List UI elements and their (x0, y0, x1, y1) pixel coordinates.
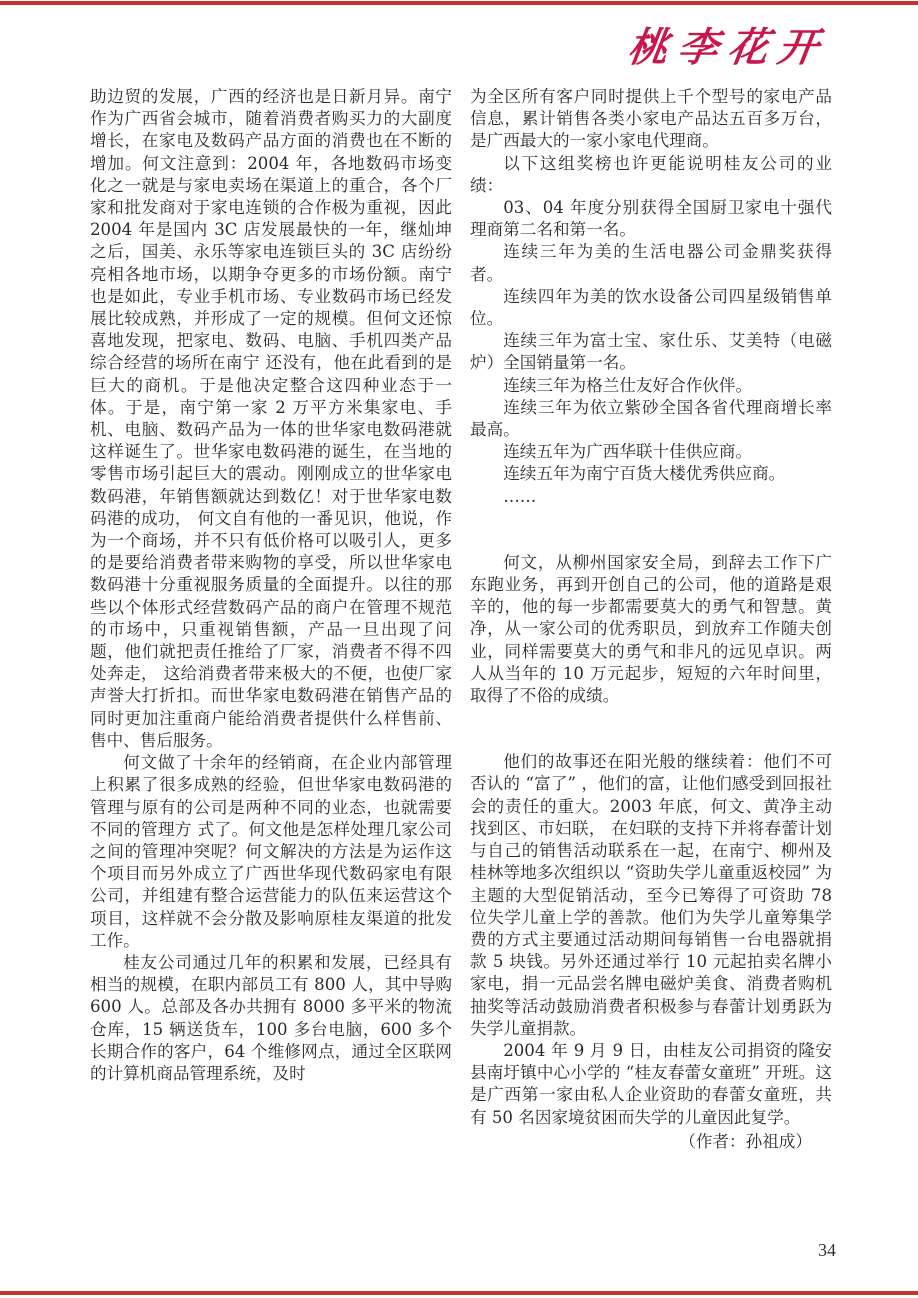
award-item: 03、04 年度分别获得全国厨卫家电十强代理商第二名和第一名。 (470, 197, 832, 241)
paragraph: 为全区所有客户同时提供上千个型号的家电产品信息，累计销售各类小家电产品达五百多万… (470, 86, 832, 153)
paragraph: 何文，从柳州国家安全局，到辞去工作下广东跑业务，再到开创自己的公司，他的道路是艰… (470, 552, 832, 707)
top-rule (0, 1, 918, 5)
paragraph: 2004 年 9 月 9 日，由桂友公司捐资的隆安县南圩镇中心小学的 “桂友春蕾… (470, 1040, 832, 1129)
award-item: 连续五年为广西华联十佳供应商。 (470, 441, 832, 463)
spacer (470, 707, 832, 751)
award-item: 连续三年为富士宝、家仕乐、艾美特（电磁炉）全国销量第一名。 (470, 330, 832, 374)
award-item: 连续五年为南宁百货大楼优秀供应商。 (470, 463, 832, 485)
paragraph: 助边贸的发展，广西的经济也是日新月异。南宁作为广西省会城市，随着消费者购买力的大… (90, 86, 452, 752)
bottom-rule (0, 1291, 918, 1295)
paragraph: 他们的故事还在阳光般的继续着：他们不可否认的 “富了” ，他们的富，让他们感受到… (470, 751, 832, 1040)
column-title: 桃李花开 (624, 22, 861, 74)
left-column: 助边贸的发展，广西的经济也是日新月异。南宁作为广西省会城市，随着消费者购买力的大… (90, 86, 452, 1085)
award-item: 连续三年为依立紫砂全国各省代理商增长率最高。 (470, 397, 832, 441)
author-byline: （作者：孙祖成） (470, 1131, 832, 1153)
spacer (470, 508, 832, 552)
paragraph: 何文做了十余年的经销商，在企业内部管理上积累了很多成熟的经验，但世华家电数码港的… (90, 752, 452, 952)
awards-lead: 以下这组奖榜也许更能说明桂友公司的业绩： (470, 153, 832, 197)
award-item: 连续三年为格兰仕友好合作伙伴。 (470, 375, 832, 397)
award-item: 连续四年为美的饮水设备公司四星级销售单位。 (470, 286, 832, 330)
paragraph: 桂友公司通过几年的积累和发展，已经具有相当的规模，在职内部员工有 800 人，其… (90, 952, 452, 1085)
ellipsis: …… (470, 486, 832, 508)
award-item: 连续三年为美的生活电器公司金鼎奖获得者。 (470, 241, 832, 285)
page-number: 34 (818, 1240, 836, 1261)
right-column: 为全区所有客户同时提供上千个型号的家电产品信息，累计销售各类小家电产品达五百多万… (470, 86, 832, 1153)
